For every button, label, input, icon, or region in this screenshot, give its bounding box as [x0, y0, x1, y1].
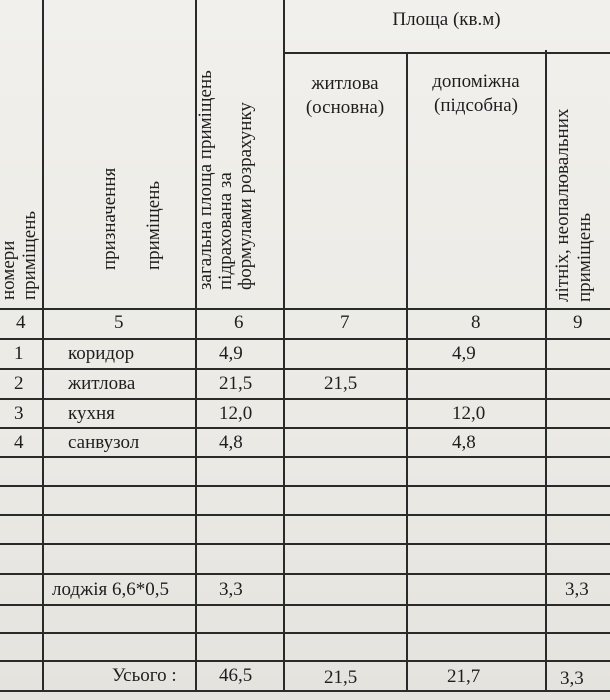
grid-line	[0, 660, 610, 662]
header-line: допоміжна	[407, 70, 545, 94]
grid-line	[0, 368, 610, 370]
room-auxiliary-area: 12,0	[452, 404, 485, 423]
header-line: приміщень	[19, 211, 40, 300]
header-line: житлова	[284, 72, 406, 96]
column-number: 5	[114, 313, 124, 332]
totals-auxiliary: 21,7	[447, 667, 480, 686]
grid-line	[0, 427, 610, 429]
grid-line	[0, 514, 610, 516]
column-number: 6	[234, 313, 244, 332]
column-number: 8	[471, 313, 481, 332]
grid-line	[0, 398, 610, 400]
header-line: приміщень	[574, 109, 596, 302]
header-line: номери	[0, 211, 19, 300]
room-total-area: 4,8	[219, 433, 243, 452]
header-line: підрахована за	[216, 70, 236, 290]
room-purpose: санвузол	[68, 433, 139, 452]
room-total-area: 3,3	[219, 580, 243, 599]
room-number: 3	[14, 404, 24, 423]
room-purpose: лоджія 6,6*0,5	[52, 580, 169, 599]
grid-line	[0, 573, 610, 575]
grid-line	[545, 50, 547, 690]
room-area-table: номери приміщень призначення приміщень з…	[0, 0, 610, 700]
grid-line	[0, 308, 610, 310]
header-room-purpose: призначення приміщень	[88, 168, 176, 270]
room-living-area: 21,5	[324, 374, 357, 393]
totals-summer: 3,3	[560, 669, 584, 688]
room-total-area: 21,5	[219, 374, 252, 393]
column-number: 7	[340, 313, 350, 332]
room-summer-area: 3,3	[565, 580, 589, 599]
header-living-area: житлова (основна)	[284, 72, 406, 120]
header-room-number: номери приміщень	[0, 211, 40, 300]
header-line: літніх, неопалювальних	[552, 109, 574, 302]
room-auxiliary-area: 4,9	[452, 344, 476, 363]
room-total-area: 12,0	[219, 404, 252, 423]
grid-line	[0, 543, 610, 545]
room-purpose: кухня	[68, 404, 115, 423]
header-line: (підсобна)	[407, 94, 545, 118]
room-total-area: 4,9	[219, 344, 243, 363]
grid-line	[0, 604, 610, 606]
header-line: формулами розрахунку	[236, 70, 256, 290]
grid-line	[42, 0, 44, 690]
room-purpose: житлова	[68, 374, 135, 393]
room-number: 2	[14, 374, 24, 393]
header-line: загальна площа приміщень	[196, 70, 216, 290]
grid-line	[283, 52, 610, 54]
room-auxiliary-area: 4,8	[452, 433, 476, 452]
header-area-group: Площа (кв.м)	[283, 8, 610, 32]
header-summer-rooms: літніх, неопалювальних приміщень	[552, 109, 596, 302]
grid-line	[0, 690, 610, 692]
grid-line	[0, 632, 610, 634]
room-number: 1	[14, 344, 24, 363]
totals-total: 46,5	[219, 666, 252, 685]
grid-line	[406, 52, 408, 690]
header-auxiliary-area: допоміжна (підсобна)	[407, 70, 545, 118]
grid-line	[0, 338, 610, 340]
room-purpose: коридор	[68, 344, 134, 363]
grid-line	[0, 485, 610, 487]
room-number: 4	[14, 433, 24, 452]
header-line: приміщень	[132, 168, 176, 270]
column-number: 9	[573, 313, 583, 332]
header-line: (основна)	[284, 96, 406, 120]
header-total-area: загальна площа приміщень підрахована за …	[196, 70, 256, 290]
grid-line	[0, 456, 610, 458]
totals-label: Усього :	[112, 666, 177, 685]
column-number: 4	[16, 313, 26, 332]
totals-living: 21,5	[324, 668, 357, 687]
header-line: призначення	[88, 168, 132, 270]
